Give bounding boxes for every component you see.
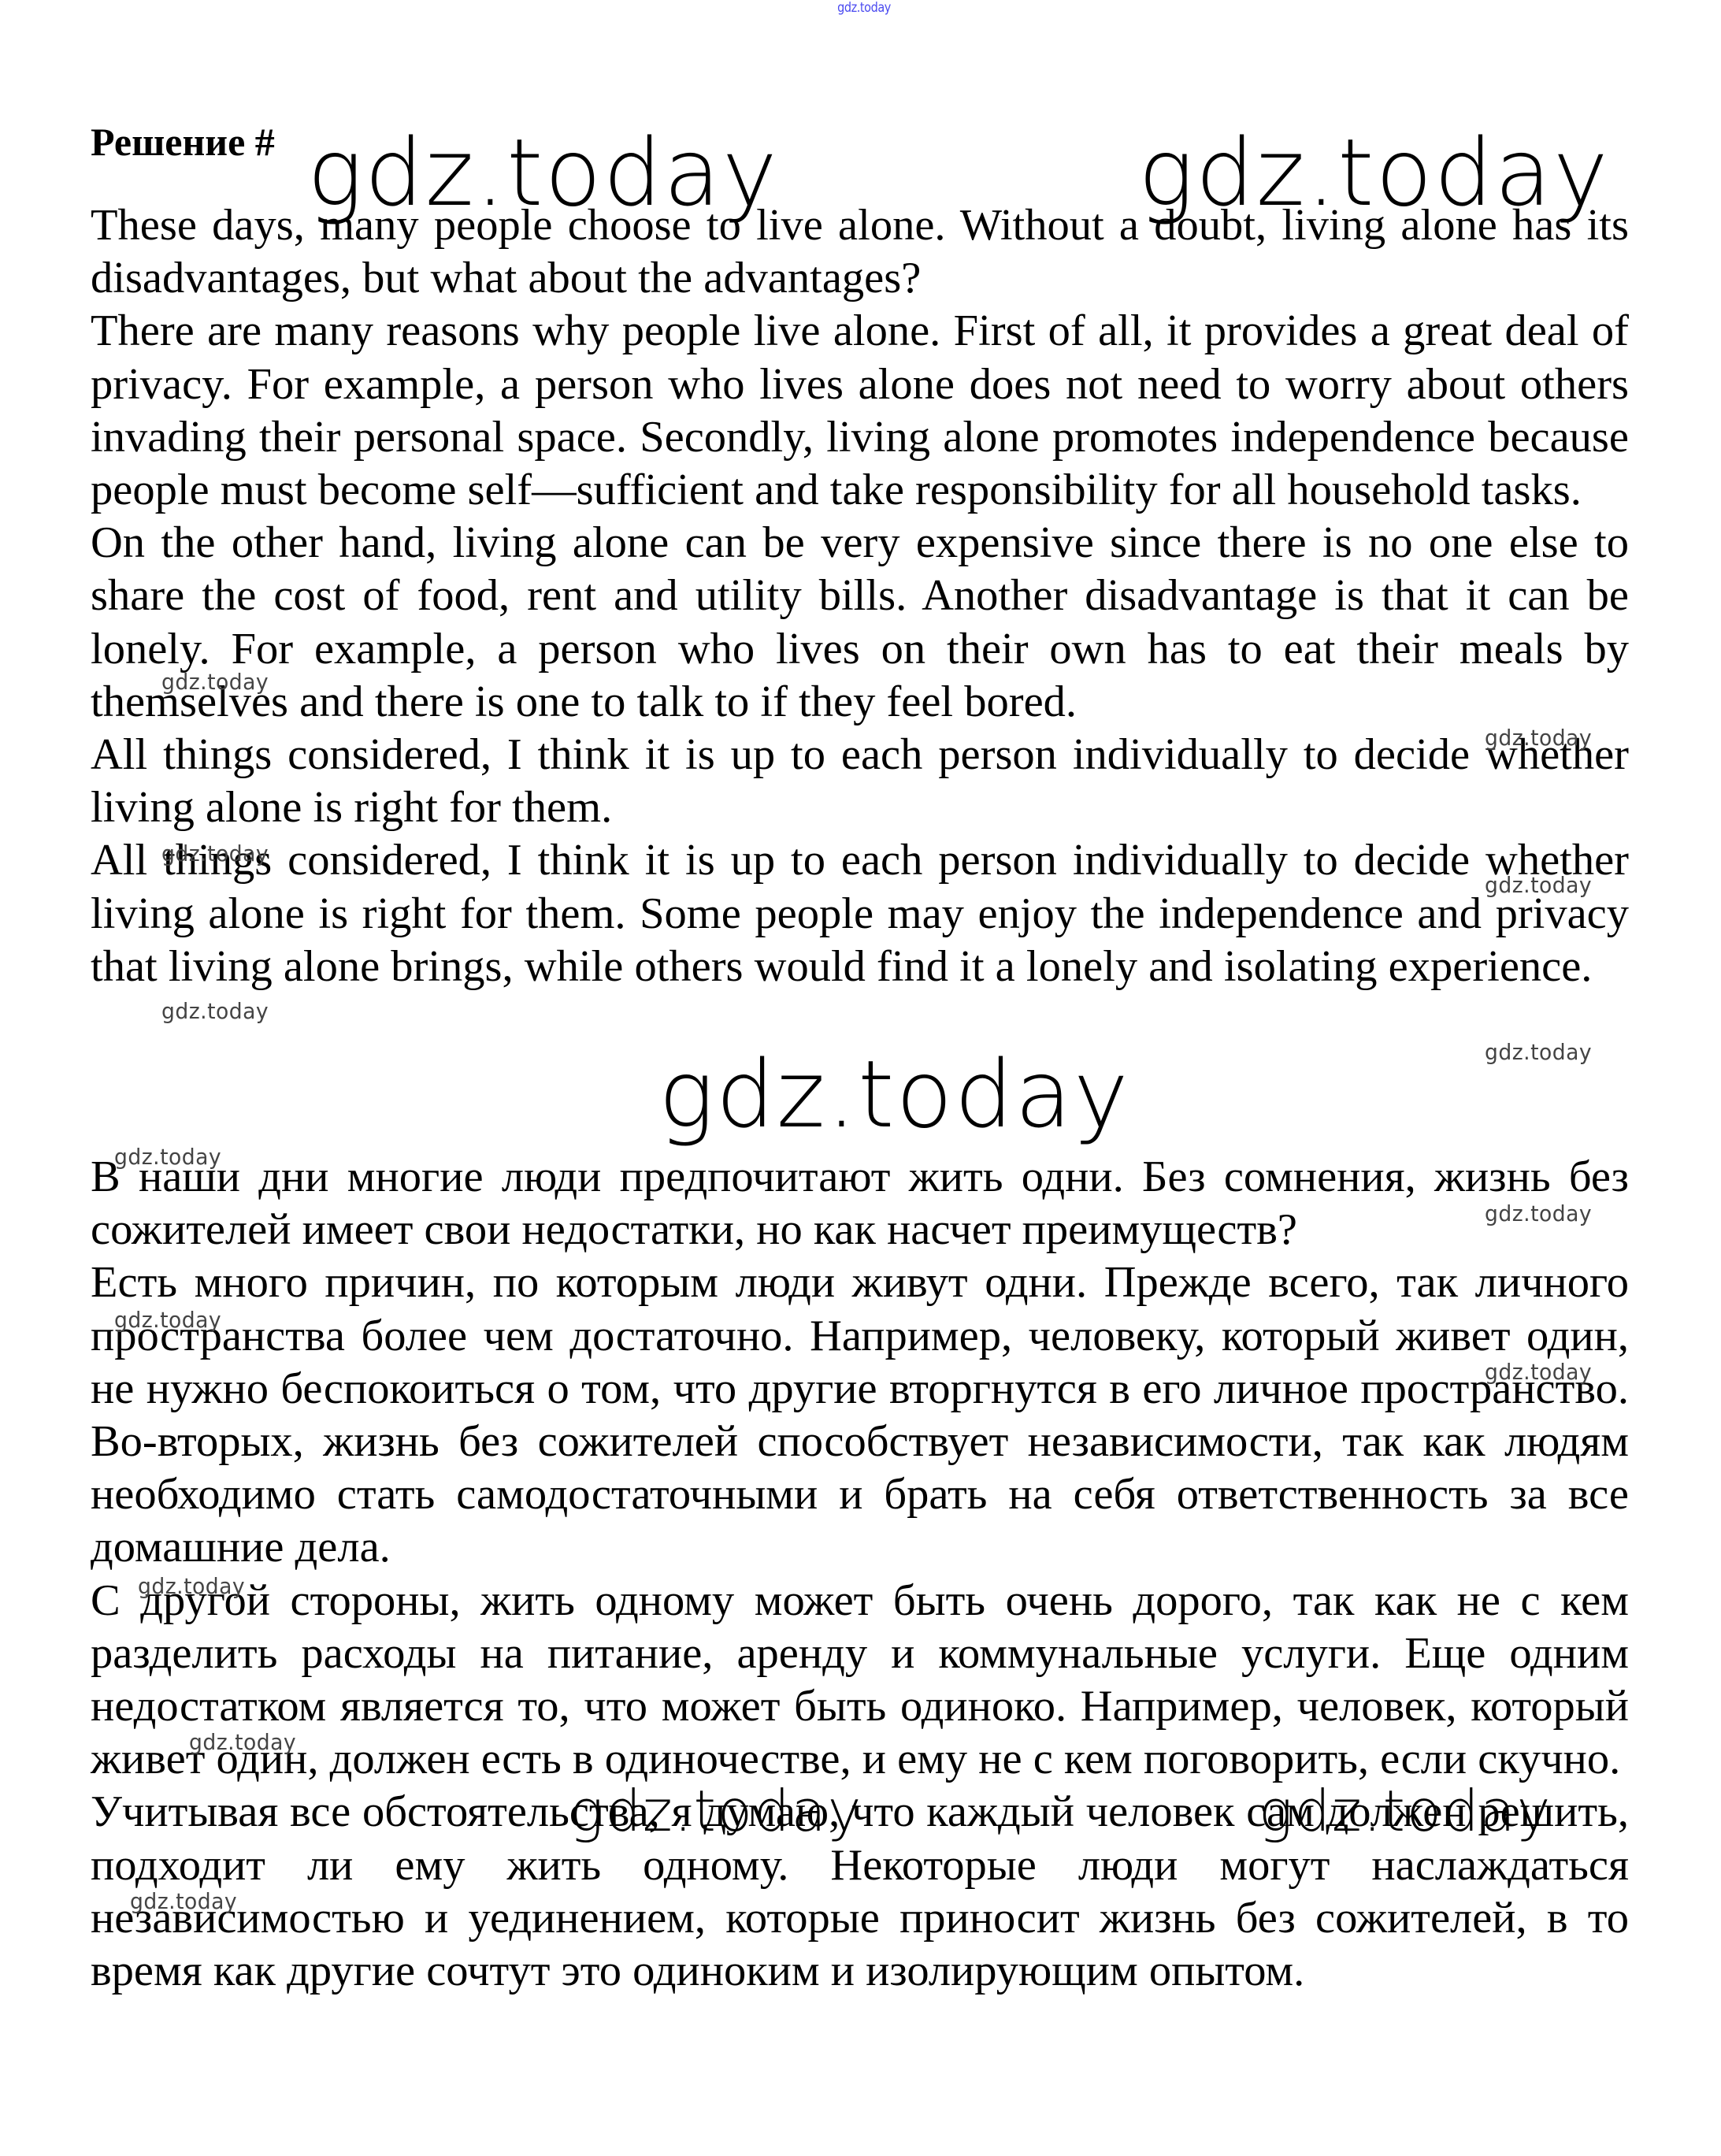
watermark-small: gdz.today — [1485, 727, 1592, 749]
watermark-large: gdz.today — [307, 126, 779, 219]
english-essay: These days, many people choose to live a… — [91, 199, 1629, 993]
watermark-small: gdz.today — [1485, 1203, 1592, 1225]
paragraph: There are many reasons why people live a… — [91, 305, 1629, 517]
page-title: Решение # — [91, 118, 275, 165]
watermark-small: gdz.today — [189, 1731, 296, 1753]
watermark-small: gdz.today — [130, 1891, 237, 1913]
watermark-large: gdz.today — [658, 1048, 1130, 1141]
watermark-large: gdz.today — [1138, 126, 1610, 219]
paragraph: On the other hand, living alone can be v… — [91, 517, 1629, 729]
watermark-large: gdz.today — [569, 1783, 862, 1839]
paragraph: All things considered, I think it is up … — [91, 834, 1629, 993]
paragraph: В наши дни многие люди предпочитают жить… — [91, 1151, 1629, 1256]
watermark-small: gdz.today — [161, 843, 269, 865]
watermark-small: gdz.today — [1485, 1041, 1592, 1063]
russian-translation: В наши дни многие люди предпочитают жить… — [91, 1151, 1629, 1998]
watermark-small: gdz.today — [161, 671, 269, 693]
watermark-small: gdz.today — [114, 1309, 221, 1331]
watermark-large: gdz.today — [1259, 1783, 1552, 1839]
watermark-small: gdz.today — [161, 1000, 269, 1022]
watermark-small: gdz.today — [1485, 1361, 1592, 1383]
watermark-small: gdz.today — [138, 1575, 245, 1598]
paragraph: All things considered, I think it is up … — [91, 729, 1629, 834]
watermark-small: gdz.today — [114, 1146, 221, 1168]
top-watermark: gdz.today — [834, 0, 895, 16]
paragraph: Есть много причин, по которым люди живут… — [91, 1256, 1629, 1574]
watermark-small: gdz.today — [1485, 874, 1592, 896]
document-page: gdz.today Решение # These days, many peo… — [0, 0, 1721, 2156]
paragraph: С другой стороны, жить одному может быть… — [91, 1575, 1629, 1787]
